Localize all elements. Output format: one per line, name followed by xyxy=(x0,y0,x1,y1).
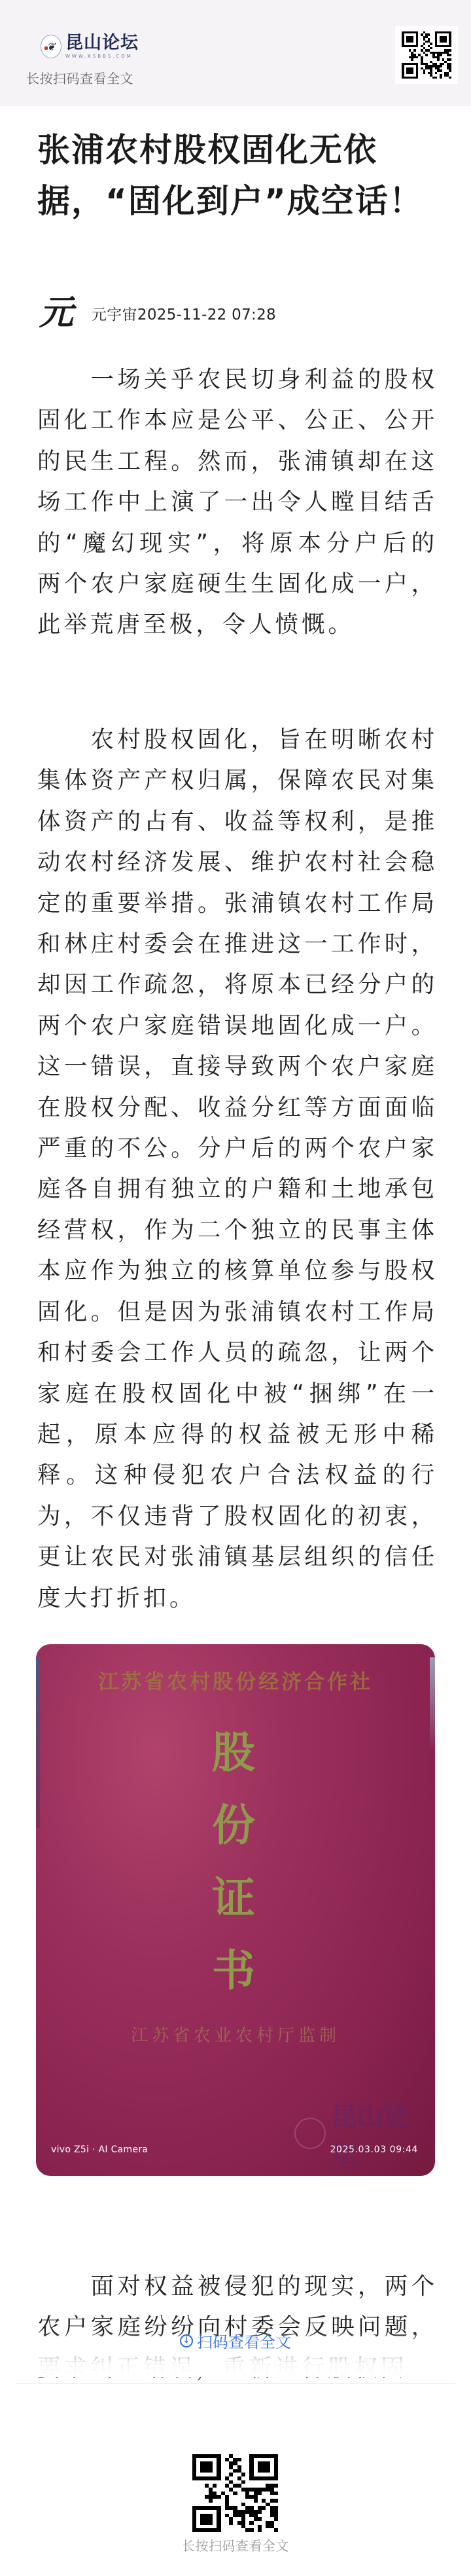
header-scan-hint: 长按扫码查看全文 xyxy=(26,68,133,87)
paragraph-2: 农村股权固化，旨在明晰农村集体资产产权归属，保障农民对集体资产的占有、收益等权利… xyxy=(37,720,438,1619)
photo-supervisor-text: 江苏省农业农村厅监制 xyxy=(36,2022,435,2046)
paragraph-text: 农村股权固化，旨在明晰农村集体资产产权归属，保障农民对集体资产的占有、收益等权利… xyxy=(37,726,438,1611)
cert-char: 书 xyxy=(207,1934,260,2007)
avatar[interactable]: 元 xyxy=(39,293,72,333)
cert-char: 证 xyxy=(207,1862,260,1934)
footer-qr-code[interactable] xyxy=(192,2454,278,2532)
author-meta: 元宇宙2025-11-22 07:28 xyxy=(92,303,276,324)
logo-name: 昆山论坛 xyxy=(65,33,139,53)
site-logo[interactable]: ❦ 昆山论坛 WWW.KSBBS.COM xyxy=(41,26,139,67)
article-title: 张浦农村股权固化无依据，“固化到户”成空话！ xyxy=(37,124,436,227)
qr-code-icon xyxy=(192,2454,278,2532)
photo-org-text: 江苏省农村股份经济合作社 xyxy=(36,1665,435,1695)
cert-char: 份 xyxy=(207,1789,260,1862)
footer-scan-hint: 长按扫码查看全文 xyxy=(0,2535,471,2554)
article-photo[interactable]: 江苏省农村股份经济合作社 股 份 证 书 江苏省农业农村厅监制 昆山论坛 viv… xyxy=(36,1644,435,2176)
read-more-button[interactable]: ↓ 扫码查看全文 xyxy=(0,2329,471,2352)
watermark-seal-icon xyxy=(294,2118,326,2149)
photo-watermark: 昆山论坛 xyxy=(294,2096,435,2171)
arrow-down-circle-icon: ↓ xyxy=(180,2334,193,2347)
page-header: ❦ 昆山论坛 WWW.KSBBS.COM 长按扫码查看全文 xyxy=(0,0,471,106)
paragraph-text: 一场关乎农民切身利益的股权固化工作本应是公平、公正、公开的民生工程。然而，张浦镇… xyxy=(37,366,438,638)
author-row: 元 元宇宙2025-11-22 07:28 xyxy=(39,291,276,335)
photo-camera-label: vivo Z5i · AI Camera xyxy=(51,2144,148,2155)
paragraph-1: 一场关乎农民切身利益的股权固化工作本应是公平、公正、公开的民生工程。然而，张浦镇… xyxy=(37,359,438,646)
logo-seal-icon: ❦ xyxy=(41,35,61,58)
cert-char: 股 xyxy=(207,1716,260,1789)
publish-datetime: 2025-11-22 07:28 xyxy=(137,306,276,323)
photo-timestamp: 2025.03.03 09:44 xyxy=(330,2144,418,2155)
photo-cert-title: 股 份 证 书 xyxy=(207,1716,260,2007)
author-name[interactable]: 元宇宙 xyxy=(92,306,137,323)
footer-divider xyxy=(16,2383,455,2383)
read-more-label: 扫码查看全文 xyxy=(197,2329,291,2352)
logo-url: WWW.KSBBS.COM xyxy=(65,53,139,60)
watermark-text: 昆山论坛 xyxy=(331,2096,435,2171)
header-qr-code[interactable] xyxy=(395,26,458,84)
qr-code-icon xyxy=(402,31,451,79)
